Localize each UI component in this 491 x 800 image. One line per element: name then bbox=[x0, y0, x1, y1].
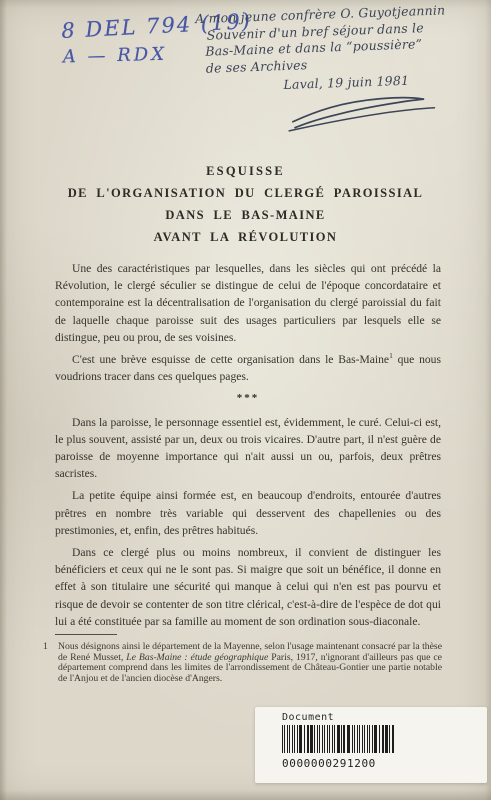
body-paragraph: Une des caractéristiques par lesquelles,… bbox=[55, 260, 441, 346]
document-label: Document bbox=[282, 712, 487, 723]
section-separator: *** bbox=[55, 390, 441, 407]
footnote-text: Nous désignons ainsi le département de l… bbox=[58, 642, 442, 685]
page-title: ESQUISSE DE L'ORGANISATION DU CLERGÉ PAR… bbox=[0, 160, 491, 248]
signature bbox=[286, 90, 447, 134]
barcode bbox=[282, 725, 398, 753]
handwritten-dedication: A mon jeune confrère O. Guyotjeannin Sou… bbox=[195, 1, 489, 137]
footnote-book-title: Le Bas-Maine : étude géographique bbox=[126, 652, 268, 663]
footnote: 1 Nous désignons ainsi le département de… bbox=[43, 642, 442, 685]
body-paragraph: Dans ce clergé plus ou moins nombreux, i… bbox=[55, 544, 441, 630]
body-text: Une des caractéristiques par lesquelles,… bbox=[55, 260, 441, 635]
body-paragraph: C'est une brève esquisse de cette organi… bbox=[55, 351, 441, 385]
paragraph-text: C'est une brève esquisse de cette organi… bbox=[72, 353, 389, 366]
footnote-rule bbox=[55, 634, 117, 635]
title-line: DANS LE BAS-MAINE bbox=[0, 204, 491, 226]
body-paragraph: La petite équipe ainsi formée est, en be… bbox=[55, 487, 441, 539]
barcode-label: Document 0000000291200 bbox=[255, 707, 487, 783]
title-line: ESQUISSE bbox=[0, 160, 491, 182]
title-line: AVANT LA RÉVOLUTION bbox=[0, 226, 491, 248]
body-paragraph: Dans la paroisse, le personnage essentie… bbox=[55, 414, 441, 483]
scanned-page: 8 DEL 794 (19) A — RDX A mon jeune confr… bbox=[0, 0, 491, 800]
footnote-number: 1 bbox=[43, 642, 58, 685]
title-line: DE L'ORGANISATION DU CLERGÉ PAROISSIAL bbox=[0, 182, 491, 204]
barcode-number: 0000000291200 bbox=[282, 757, 487, 770]
